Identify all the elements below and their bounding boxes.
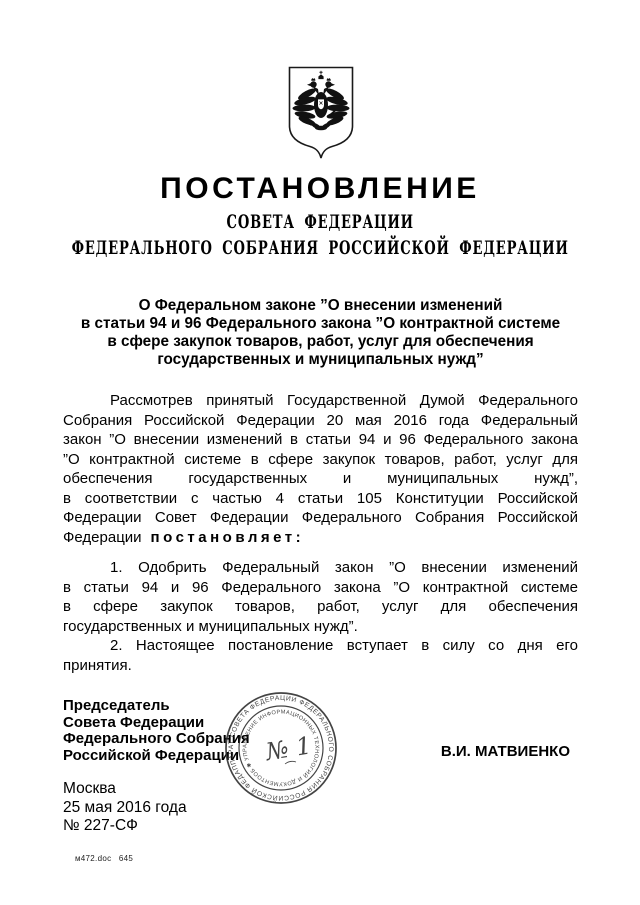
preamble-line-tail: Федерации bbox=[63, 529, 142, 546]
coat-of-arms-icon bbox=[288, 66, 354, 160]
issue-block: Москва 25 мая 2016 года № 227-СФ bbox=[63, 780, 187, 836]
decree-word: постановляет: bbox=[151, 529, 305, 546]
preamble-line: закон ”О внесении изменений в статьи 94 … bbox=[63, 430, 578, 450]
org-name-line-1: СОВЕТА ФЕДЕРАЦИИ bbox=[0, 212, 640, 232]
preamble-line: Рассмотрев принятый Государственной Думо… bbox=[63, 391, 578, 411]
issue-date: 25 мая 2016 года bbox=[63, 799, 187, 818]
preamble-line: обеспечения государственных и муниципаль… bbox=[63, 469, 578, 489]
subject-line: О Федеральном законе ”О внесении изменен… bbox=[63, 297, 578, 315]
subject-line: государственных и муниципальных нужд” bbox=[63, 351, 578, 369]
subject-line: в сфере закупок товаров, работ, услуг дл… bbox=[63, 333, 578, 351]
item1-line: государственных и муниципальных нужд”. bbox=[63, 617, 578, 637]
signer-position-line: Председатель bbox=[63, 698, 250, 715]
item1-line: в статьи 94 и 96 Федерального закона ”О … bbox=[63, 578, 578, 598]
signer-position: Председатель Совета Федерации Федерально… bbox=[63, 698, 250, 764]
preamble-line: в соответствии с частью 4 статьи 105 Кон… bbox=[63, 489, 578, 509]
subject-line: в статьи 94 и 96 Федерального закона ”О … bbox=[63, 315, 578, 333]
decree-items: 1. Одобрить Федеральный закон ”О внесени… bbox=[63, 558, 578, 675]
org-name-line-2: ФЕДЕРАЛЬНОГО СОБРАНИЯ РОССИЙСКОЙ ФЕДЕРАЦ… bbox=[0, 238, 640, 258]
item1-line: в сфере закупок товаров, работ, услуг дл… bbox=[63, 597, 578, 617]
signer-position-line: Федерального Собрания bbox=[63, 731, 250, 748]
decree-document-page: ПОСТАНОВЛЕНИЕ СОВЕТА ФЕДЕРАЦИИ ФЕДЕРАЛЬН… bbox=[0, 0, 640, 905]
document-subject: О Федеральном законе ”О внесении изменен… bbox=[63, 297, 578, 369]
preamble-paragraph: Рассмотрев принятый Государственной Думо… bbox=[63, 391, 578, 547]
preamble-line: Собрания Российской Федерации 20 мая 201… bbox=[63, 411, 578, 431]
registration-stamp: АППАРАТ СОВЕТА ФЕДЕРАЦИИ ФЕДЕРАЛЬНОГО СО… bbox=[223, 690, 339, 806]
preamble-decree-line: Федерациипостановляет: bbox=[63, 528, 578, 548]
signer-position-line: Совета Федерации bbox=[63, 715, 250, 732]
item2-line: принятия. bbox=[63, 656, 578, 676]
issue-number: № 227-СФ bbox=[63, 817, 187, 836]
item1-line: 1. Одобрить Федеральный закон ”О внесени… bbox=[63, 558, 578, 578]
file-reference-footer: м472.doc 645 bbox=[75, 854, 133, 863]
stamp-number: № 1 bbox=[263, 731, 313, 766]
item2-line: 2. Настоящее постановление вступает в си… bbox=[63, 636, 578, 656]
issue-place: Москва bbox=[63, 780, 187, 799]
document-type-title: ПОСТАНОВЛЕНИЕ bbox=[0, 172, 640, 206]
preamble-line: Федерации Совет Федерации Федерального С… bbox=[63, 508, 578, 528]
signer-position-line: Российской Федерации bbox=[63, 748, 250, 765]
signer-name: В.И. МАТВИЕНКО bbox=[441, 743, 570, 760]
preamble-line: ”О контрактной системе в сфере закупок т… bbox=[63, 450, 578, 470]
